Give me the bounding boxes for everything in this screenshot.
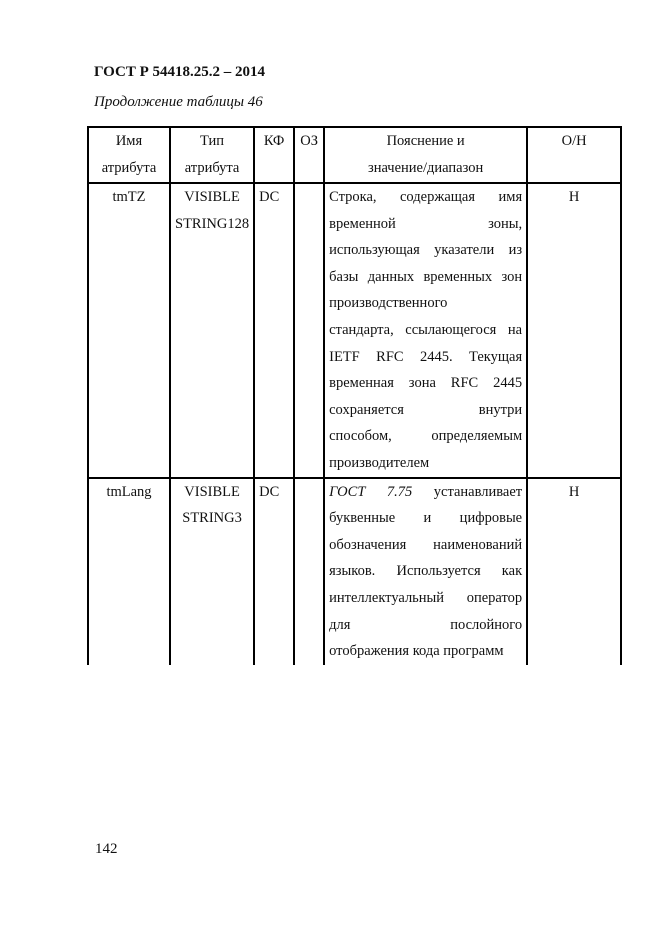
table-row: tmTZ VISIBLESTRING128 DC Строка, содержа… <box>88 183 621 478</box>
column-header-description: Пояснение изначение/диапазон <box>324 127 527 183</box>
cell-mo: Н <box>527 183 621 478</box>
cell-mo: Н <box>527 478 621 665</box>
cell-trgop <box>294 183 324 478</box>
document-standard-title: ГОСТ Р 54418.25.2 – 2014 <box>94 64 265 81</box>
column-header-name: Имяатрибута <box>88 127 170 183</box>
cell-name: tmLang <box>88 478 170 665</box>
cell-type: VISIBLESTRING128 <box>170 183 254 478</box>
column-header-type: Типатрибута <box>170 127 254 183</box>
cell-fc: DC <box>254 183 294 478</box>
cell-description: Строка, содержащая имя временной зоны, и… <box>324 183 527 478</box>
table-continuation-caption: Продолжение таблицы 46 <box>94 94 263 111</box>
cell-fc: DC <box>254 478 294 665</box>
cell-description: ГОСТ 7.75 устанавливает буквенные и цифр… <box>324 478 527 665</box>
column-header-fc: КФ <box>254 127 294 183</box>
cell-type: VISIBLESTRING3 <box>170 478 254 665</box>
cell-trgop <box>294 478 324 665</box>
table-row: tmLang VISIBLESTRING3 DC ГОСТ 7.75 устан… <box>88 478 621 665</box>
gost-reference: ГОСТ 7.75 <box>329 484 412 500</box>
table-header-row: Имяатрибута Типатрибута КФ ОЗ Пояснение … <box>88 127 621 183</box>
attribute-table: Имяатрибута Типатрибута КФ ОЗ Пояснение … <box>87 126 622 665</box>
cell-name: tmTZ <box>88 183 170 478</box>
column-header-mo: О/Н <box>527 127 621 183</box>
page-number: 142 <box>95 841 118 858</box>
column-header-trgop: ОЗ <box>294 127 324 183</box>
